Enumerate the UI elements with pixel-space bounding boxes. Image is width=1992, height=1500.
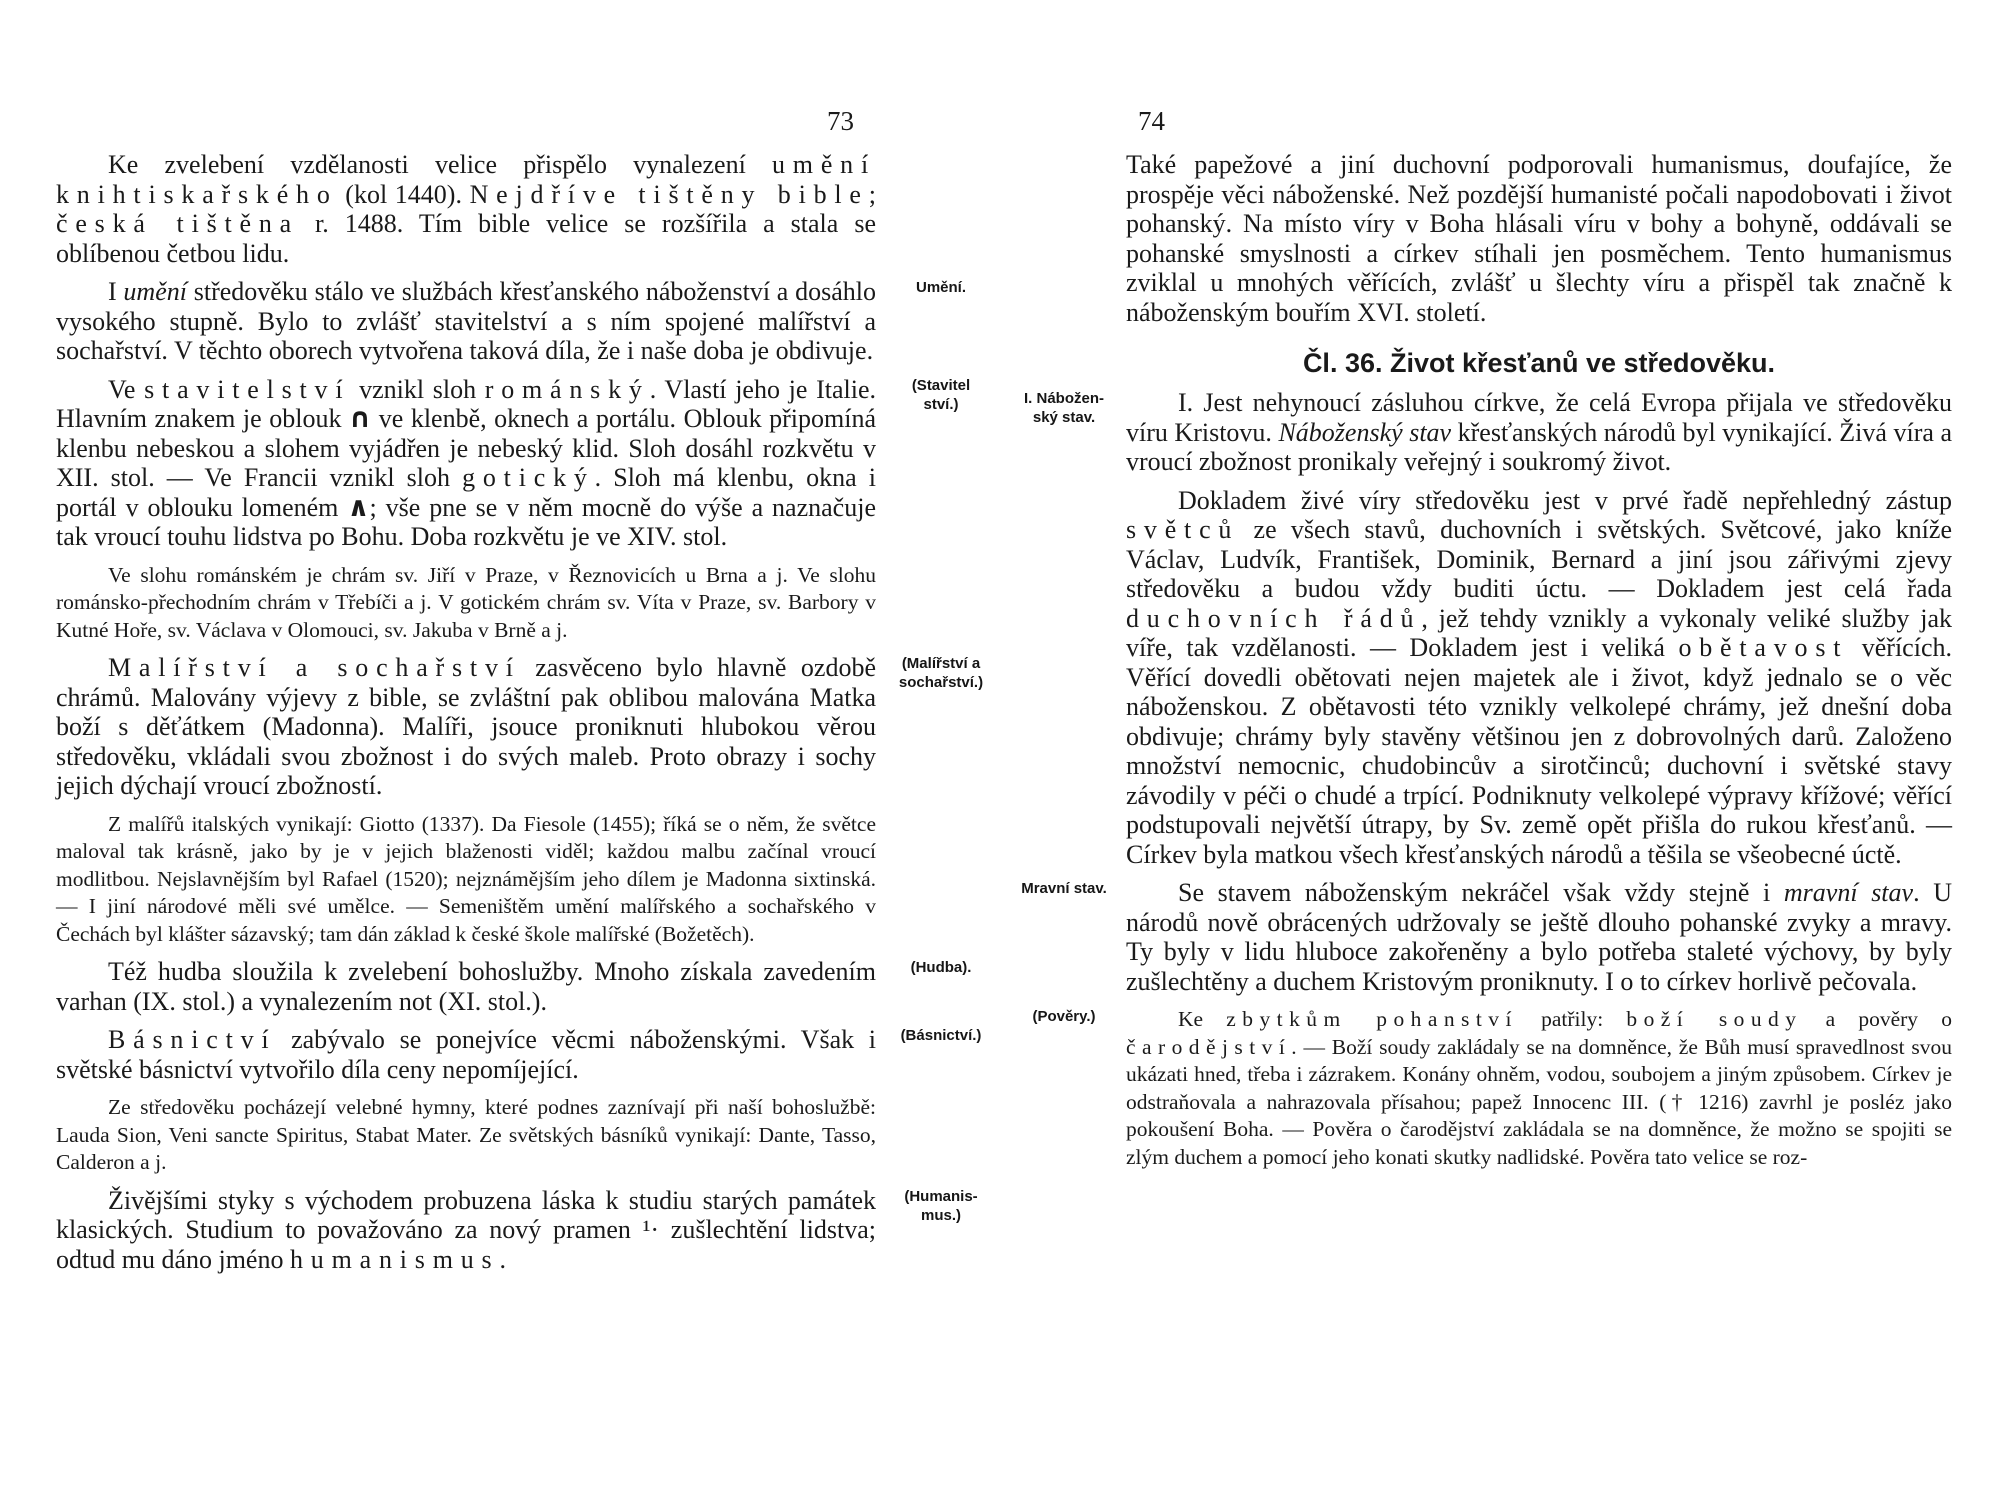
book-scan-spread: { "left_page": { "page_number": "73", "p… <box>0 0 1992 1500</box>
margin-note-malirstvi: (Malířství a sochařství.) <box>885 654 997 692</box>
para-umeni: Umění.I umění středověku stálo ve službá… <box>56 277 876 366</box>
right-page: 74 Také papežové a jiní duchovní podporo… <box>1126 0 1952 1171</box>
margin-note-umeni: Umění. <box>885 278 997 297</box>
margin-note-nabozensky-stav: I. Nábožen- ský stav. <box>1012 389 1116 427</box>
section-heading: Čl. 36. Život křesťanů ve středověku. <box>1126 347 1952 379</box>
margin-note-hudba: (Hudba). <box>885 958 997 977</box>
page-number-left: 73 <box>56 106 876 136</box>
para-maliri-small: Z malířů italských vynikají: Giotto (133… <box>56 811 876 949</box>
para-povery-small: (Pověry.)Ke zbytkům pohanství patřily: b… <box>1126 1006 1952 1171</box>
para-humanismus: (Humanis- mus.)Živějšími styky s východe… <box>56 1186 876 1275</box>
margin-note-povery: (Pověry.) <box>1012 1007 1116 1026</box>
para-printing: Ke zvelebení vzdělanosti velice přispělo… <box>56 150 876 268</box>
para-malirstvi: (Malířství a sochařství.)Malířství a soc… <box>56 653 876 801</box>
margin-note-humanismus: (Humanis- mus.) <box>885 1187 997 1225</box>
margin-note-basnictvi: (Básnictví.) <box>885 1026 997 1045</box>
left-page: 73 Ke zvelebení vzdělanosti velice přisp… <box>56 0 876 1274</box>
margin-note-stavitelstvi: (Stavitel ství.) <box>885 376 997 414</box>
para-chramy-small: Ve slohu románském je chrám sv. Jiří v P… <box>56 562 876 645</box>
page-number-right: 74 <box>1126 106 1952 136</box>
para-hymny-small: Ze středověku pocházejí velebné hymny, k… <box>56 1094 876 1177</box>
para-hudba: (Hudba).Též hudba sloužila k zvelebení b… <box>56 957 876 1016</box>
para-stavitelstvi: (Stavitel ství.)Ve stavitelství vznikl s… <box>56 375 876 552</box>
para-mravni-stav: Mravní stav.Se stavem náboženským nekráč… <box>1126 878 1952 996</box>
para-dokladem: Dokladem živé víry středověku jest v prv… <box>1126 486 1952 870</box>
para-basnictvi: (Básnictví.)Básnictví zabývalo se ponejv… <box>56 1025 876 1084</box>
para-papezove: Také papežové a jiní duchovní podporoval… <box>1126 150 1952 327</box>
margin-note-mravni-stav: Mravní stav. <box>1012 879 1116 898</box>
para-nabozensky-stav: I. Nábožen- ský stav.I. Jest nehynoucí z… <box>1126 388 1952 477</box>
